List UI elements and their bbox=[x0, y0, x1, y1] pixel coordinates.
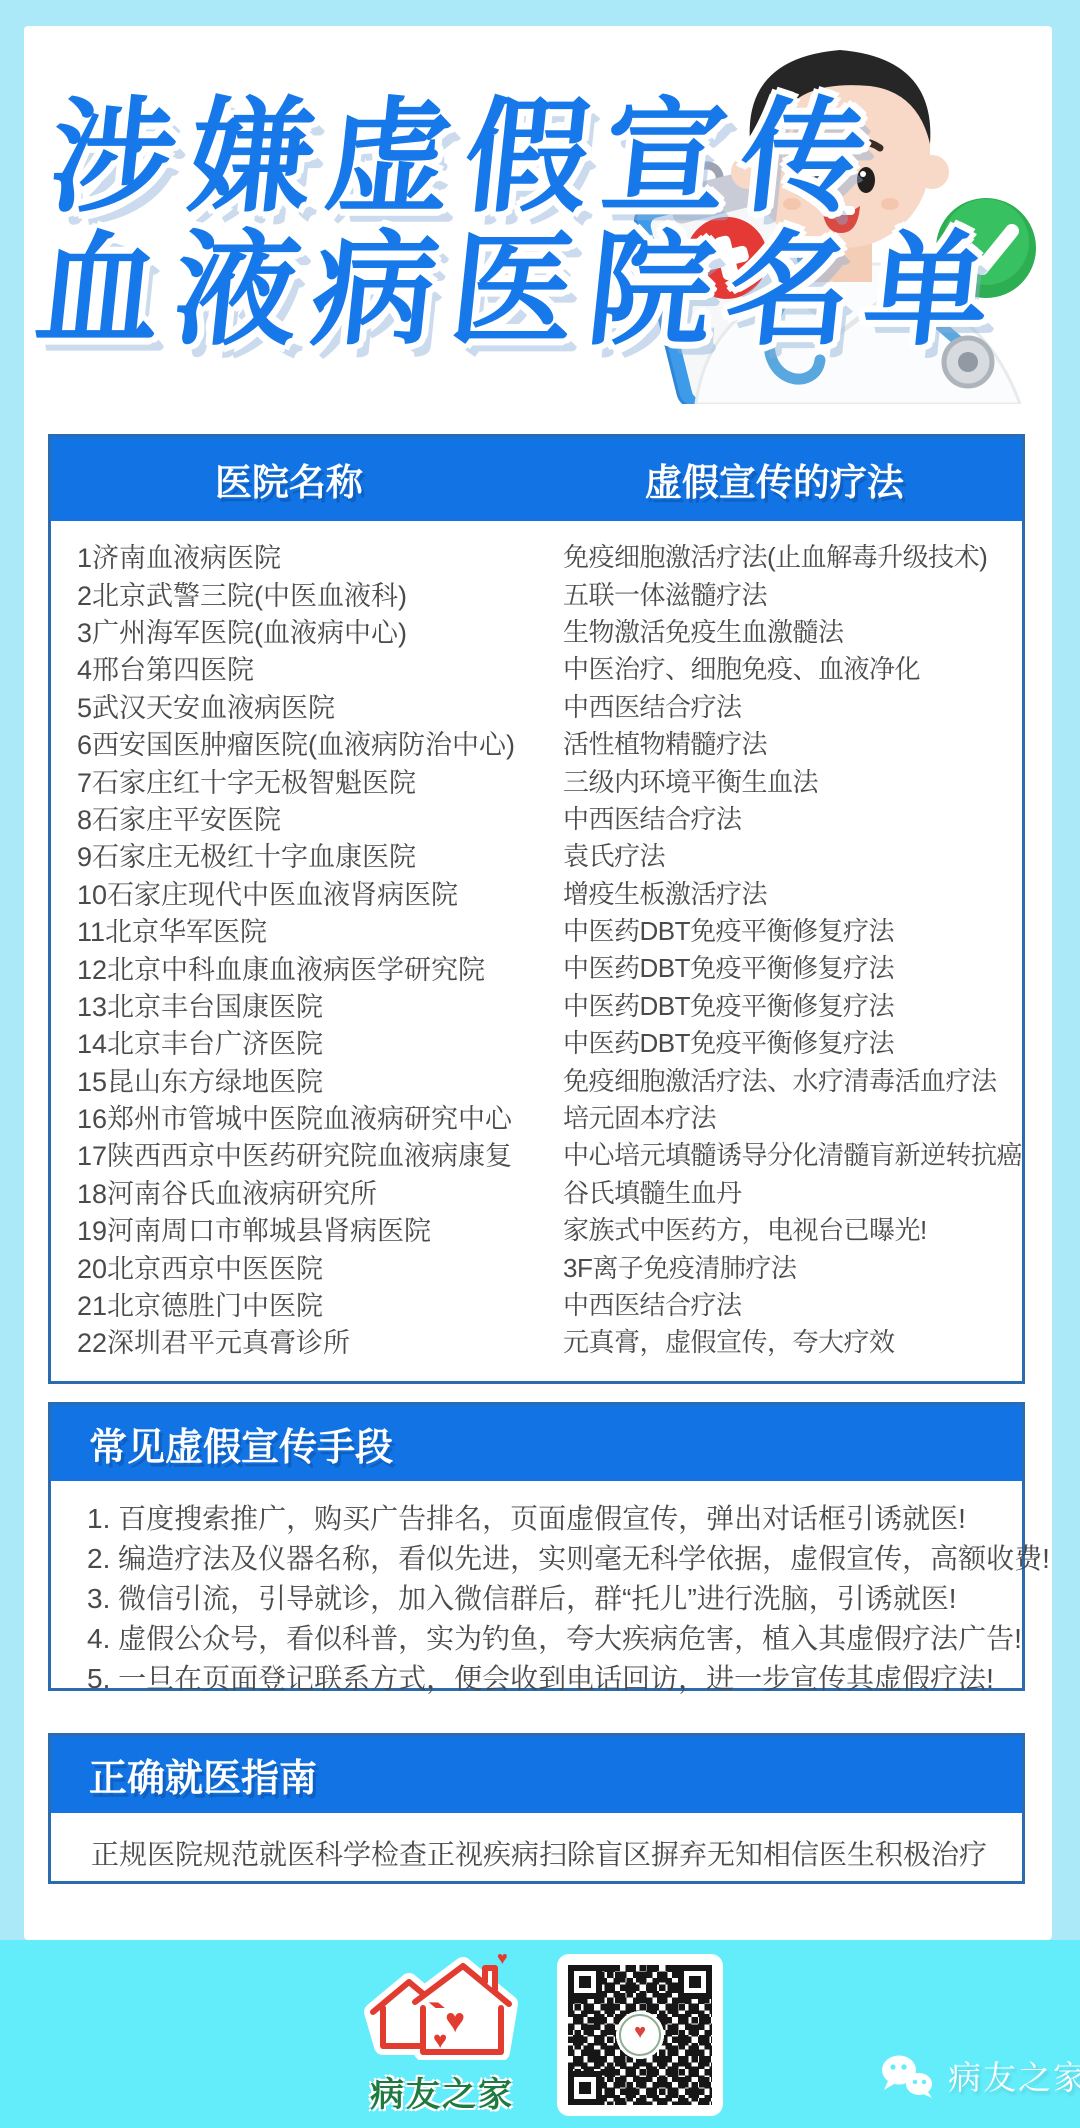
table-row: 8石家庄平安医院中西医结合疗法 bbox=[51, 799, 1022, 836]
tactics-list: 1. 百度搜索推广，购买广告排名，页面虚假宣传，弹出对话框引诱就医! 2. 编造… bbox=[51, 1481, 1022, 1699]
hospital-name: 12北京中科血康血液病医学研究院 bbox=[51, 948, 563, 987]
hospital-name: 15昆山东方绿地医院 bbox=[51, 1060, 563, 1099]
therapy-name: 中西医结合疗法 bbox=[563, 687, 1022, 724]
therapy-name: 活性植物精髓疗法 bbox=[563, 724, 1022, 761]
hospital-name: 11北京华军医院 bbox=[51, 910, 563, 949]
hospital-name: 10石家庄现代中医血液肾病医院 bbox=[51, 873, 563, 912]
therapy-name: 中医药DBT免疫平衡修复疗法 bbox=[563, 911, 1022, 948]
therapy-name: 增疫生板激活疗法 bbox=[563, 874, 1022, 911]
qr-pattern bbox=[568, 1965, 712, 2105]
hospital-name: 5武汉天安血液病医院 bbox=[51, 686, 563, 725]
page-title: 涉嫌虚假宣传 血液病医院名单 bbox=[30, 92, 1024, 358]
logo-heart-small-icon: ♥ bbox=[433, 2027, 447, 2054]
table-header: 医院名称 虚假宣传的疗法 bbox=[51, 437, 1022, 521]
therapy-name: 免疫细胞激活疗法、水疗清毒活血疗法 bbox=[563, 1061, 1022, 1098]
table-row: 19河南周口市郸城县肾病医院家族式中医药方，电视台已曝光! bbox=[51, 1210, 1022, 1247]
column-header-hospital: 医院名称 bbox=[51, 452, 527, 506]
column-header-therapy: 虚假宣传的疗法 bbox=[527, 452, 1022, 506]
house-logo-icon: ♥ ♥ ♥ bbox=[357, 1948, 527, 2060]
wechat-label: 病友之家 bbox=[948, 2052, 1080, 2099]
footer: ♥ ♥ ♥ 病友之家 病友之家 bbox=[0, 1940, 1080, 2128]
wechat-icon bbox=[878, 2053, 936, 2099]
therapy-name: 培元固本疗法 bbox=[563, 1098, 1022, 1135]
hospital-name: 21北京德胜门中医院 bbox=[51, 1284, 563, 1323]
tactic-item: 4. 虚假公众号，看似科普，实为钓鱼，夸大疾病危害，植入其虚假疗法广告! bbox=[87, 1619, 1002, 1659]
table-row: 14北京丰台广济医院中医药DBT免疫平衡修复疗法 bbox=[51, 1023, 1022, 1060]
table-row: 15昆山东方绿地医院免疫细胞激活疗法、水疗清毒活血疗法 bbox=[51, 1060, 1022, 1097]
therapy-name: 谷氏填髓生血丹 bbox=[563, 1173, 1022, 1210]
table-row: 12北京中科血康血液病医学研究院中医药DBT免疫平衡修复疗法 bbox=[51, 948, 1022, 985]
table-row: 5武汉天安血液病医院中西医结合疗法 bbox=[51, 687, 1022, 724]
tactics-section-title: 常见虚假宣传手段 bbox=[51, 1405, 1022, 1481]
therapy-name: 生物激活免疫生血激髓法 bbox=[563, 612, 1022, 649]
table-row: 9石家庄无极红十字血康医院袁氏疗法 bbox=[51, 836, 1022, 873]
therapy-name: 中医药DBT免疫平衡修复疗法 bbox=[563, 1023, 1022, 1060]
page-title-line1: 涉嫌虚假宣传 bbox=[44, 92, 1024, 225]
table-row: 16郑州市管城中医院血液病研究中心培元固本疗法 bbox=[51, 1098, 1022, 1135]
table-row: 11北京华军医院中医药DBT免疫平衡修复疗法 bbox=[51, 911, 1022, 948]
qr-code bbox=[557, 1954, 723, 2116]
table-row: 22深圳君平元真膏诊所元真膏，虚假宣传，夸大疗效 bbox=[51, 1322, 1022, 1359]
table-row: 7石家庄红十字无极智魁医院三级内环境平衡生血法 bbox=[51, 761, 1022, 798]
therapy-name: 三级内环境平衡生血法 bbox=[563, 762, 1022, 799]
hospital-name: 9石家庄无极红十字血康医院 bbox=[51, 835, 563, 874]
qr-center-logo-icon bbox=[619, 2014, 661, 2056]
hospital-table: 医院名称 虚假宣传的疗法 1济南血液病医院免疫细胞激活疗法(止血解毒升级技术) … bbox=[48, 434, 1025, 1384]
table-row: 6西安国医肿瘤医院(血液病防治中心)活性植物精髓疗法 bbox=[51, 724, 1022, 761]
therapy-name: 袁氏疗法 bbox=[563, 836, 1022, 873]
qr-finder-icon bbox=[568, 1965, 602, 1999]
tactics-section: 常见虚假宣传手段 1. 百度搜索推广，购买广告排名，页面虚假宣传，弹出对话框引诱… bbox=[48, 1402, 1025, 1691]
hospital-name: 19河南周口市郸城县肾病医院 bbox=[51, 1209, 563, 1248]
therapy-name: 中医治疗、细胞免疫、血液净化 bbox=[563, 649, 1022, 686]
hospital-name: 2北京武警三院(中医血液科) bbox=[51, 574, 563, 613]
hospital-name: 22深圳君平元真膏诊所 bbox=[51, 1321, 563, 1360]
guide-section-title: 正确就医指南 bbox=[51, 1736, 1022, 1813]
therapy-name: 中医药DBT免疫平衡修复疗法 bbox=[563, 986, 1022, 1023]
logo-text: 病友之家 bbox=[352, 2067, 532, 2116]
hospital-name: 7石家庄红十字无极智魁医院 bbox=[51, 761, 563, 800]
tactic-item: 1. 百度搜索推广，购买广告排名，页面虚假宣传，弹出对话框引诱就医! bbox=[87, 1499, 1002, 1539]
hospital-name: 20北京西京中医医院 bbox=[51, 1247, 563, 1286]
qr-finder-icon bbox=[568, 2071, 602, 2105]
hospital-name: 6西安国医肿瘤医院(血液病防治中心) bbox=[51, 723, 563, 762]
wechat-account: 病友之家 bbox=[878, 2052, 1080, 2099]
table-row: 3广州海军医院(血液病中心)生物激活免疫生血激髓法 bbox=[51, 612, 1022, 649]
table-row: 20北京西京中医医院3F离子免疫清肺疗法 bbox=[51, 1247, 1022, 1284]
therapy-name: 家族式中医药方，电视台已曝光! bbox=[563, 1210, 1022, 1247]
table-row: 17陕西西京中医药研究院血液病康复中心培元填髓诱导分化清髓肓新逆转抗癌 bbox=[51, 1135, 1022, 1172]
table-body: 1济南血液病医院免疫细胞激活疗法(止血解毒升级技术) 2北京武警三院(中医血液科… bbox=[51, 521, 1022, 1360]
table-row: 13北京丰台国康医院中医药DBT免疫平衡修复疗法 bbox=[51, 986, 1022, 1023]
table-row: 21北京德胜门中医院中西医结合疗法 bbox=[51, 1285, 1022, 1322]
hospital-name: 17陕西西京中医药研究院血液病康复 bbox=[51, 1134, 563, 1173]
guide-section: 正确就医指南 正规医院规范就医科学检查正视疾病扫除盲区摒弃无知相信医生积极治疗 bbox=[48, 1733, 1025, 1884]
logo-heart-icon: ♥ bbox=[445, 2002, 465, 2040]
therapy-name: 中心培元填髓诱导分化清髓肓新逆转抗癌 bbox=[563, 1135, 1022, 1172]
tactic-item: 5. 一旦在页面登记联系方式，便会收到电话回访，进一步宣传其虚假疗法! bbox=[87, 1659, 1002, 1699]
table-row: 2北京武警三院(中医血液科)五联一体滋髓疗法 bbox=[51, 574, 1022, 611]
therapy-name: 五联一体滋髓疗法 bbox=[563, 575, 1022, 612]
guide-text: 正规医院规范就医科学检查正视疾病扫除盲区摒弃无知相信医生积极治疗 bbox=[51, 1813, 1022, 1873]
hospital-name: 14北京丰台广济医院 bbox=[51, 1022, 563, 1061]
hospital-name: 3广州海军医院(血液病中心) bbox=[51, 611, 563, 650]
tactic-item: 2. 编造疗法及仪器名称，看似先进，实则毫无科学依据，虚假宣传，高额收费! bbox=[87, 1539, 1002, 1579]
hospital-name: 8石家庄平安医院 bbox=[51, 798, 563, 837]
table-row: 1济南血液病医院免疫细胞激活疗法(止血解毒升级技术) bbox=[51, 537, 1022, 574]
hospital-name: 13北京丰台国康医院 bbox=[51, 985, 563, 1024]
therapy-name: 中西医结合疗法 bbox=[563, 799, 1022, 836]
hospital-name: 4邢台第四医院 bbox=[51, 648, 563, 687]
qr-finder-icon bbox=[678, 1965, 712, 1999]
table-row: 10石家庄现代中医血液肾病医院增疫生板激活疗法 bbox=[51, 874, 1022, 911]
therapy-name: 免疫细胞激活疗法(止血解毒升级技术) bbox=[563, 537, 1022, 574]
hospital-name: 1济南血液病医院 bbox=[51, 536, 563, 575]
therapy-name: 中医药DBT免疫平衡修复疗法 bbox=[563, 948, 1022, 985]
tactic-item: 3. 微信引流，引导就诊，加入微信群后，群“托儿”进行洗脑，引诱就医! bbox=[87, 1579, 1002, 1619]
therapy-name: 中西医结合疗法 bbox=[563, 1285, 1022, 1322]
therapy-name: 3F离子免疫清肺疗法 bbox=[563, 1248, 1022, 1285]
chimney-heart-icon: ♥ bbox=[497, 1948, 508, 1968]
table-row: 18河南谷氏血液病研究所谷氏填髓生血丹 bbox=[51, 1173, 1022, 1210]
hospital-name: 18河南谷氏血液病研究所 bbox=[51, 1172, 563, 1211]
table-row: 4邢台第四医院中医治疗、细胞免疫、血液净化 bbox=[51, 649, 1022, 686]
hospital-name: 16郑州市管城中医院血液病研究中心 bbox=[51, 1097, 563, 1136]
therapy-name: 元真膏，虚假宣传，夸大疗效 bbox=[563, 1322, 1022, 1359]
page-title-line2: 血液病医院名单 bbox=[30, 225, 1010, 358]
brand-logo: ♥ ♥ ♥ 病友之家 bbox=[352, 1948, 532, 2116]
